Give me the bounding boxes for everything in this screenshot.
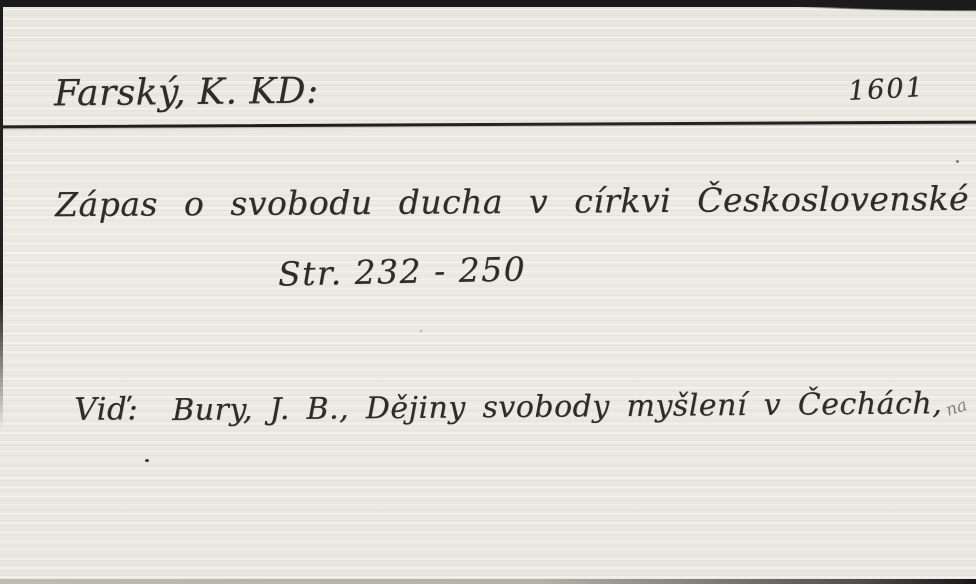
scan-top-right-edge (676, 0, 976, 13)
title-line: Zápas o svobodu ducha v církvi Českoslov… (55, 179, 969, 224)
ink-speck (956, 160, 959, 163)
reference-citation: Bury, J. B., Dějiny svobody myšlení v Če… (172, 386, 942, 428)
reference-label: Viď: (74, 391, 138, 428)
author-heading: Farský, K. KD: (54, 71, 319, 115)
call-number: 1601 (847, 72, 925, 107)
page-range: Str. 232 - 250 (278, 249, 527, 293)
reference-row: Viď: Bury, J. B., Dějiny svobody myšlení… (74, 384, 956, 392)
ink-speck (420, 330, 422, 332)
ink-speck (145, 459, 149, 462)
ruled-line (0, 121, 976, 129)
scan-left-edge (0, 0, 3, 430)
catalog-card-scan: Farský, K. KD: 1601 Zápas o svobodu duch… (0, 0, 976, 584)
scan-bottom-edge (0, 579, 976, 584)
cut-off-text-fragment: na (943, 395, 969, 421)
